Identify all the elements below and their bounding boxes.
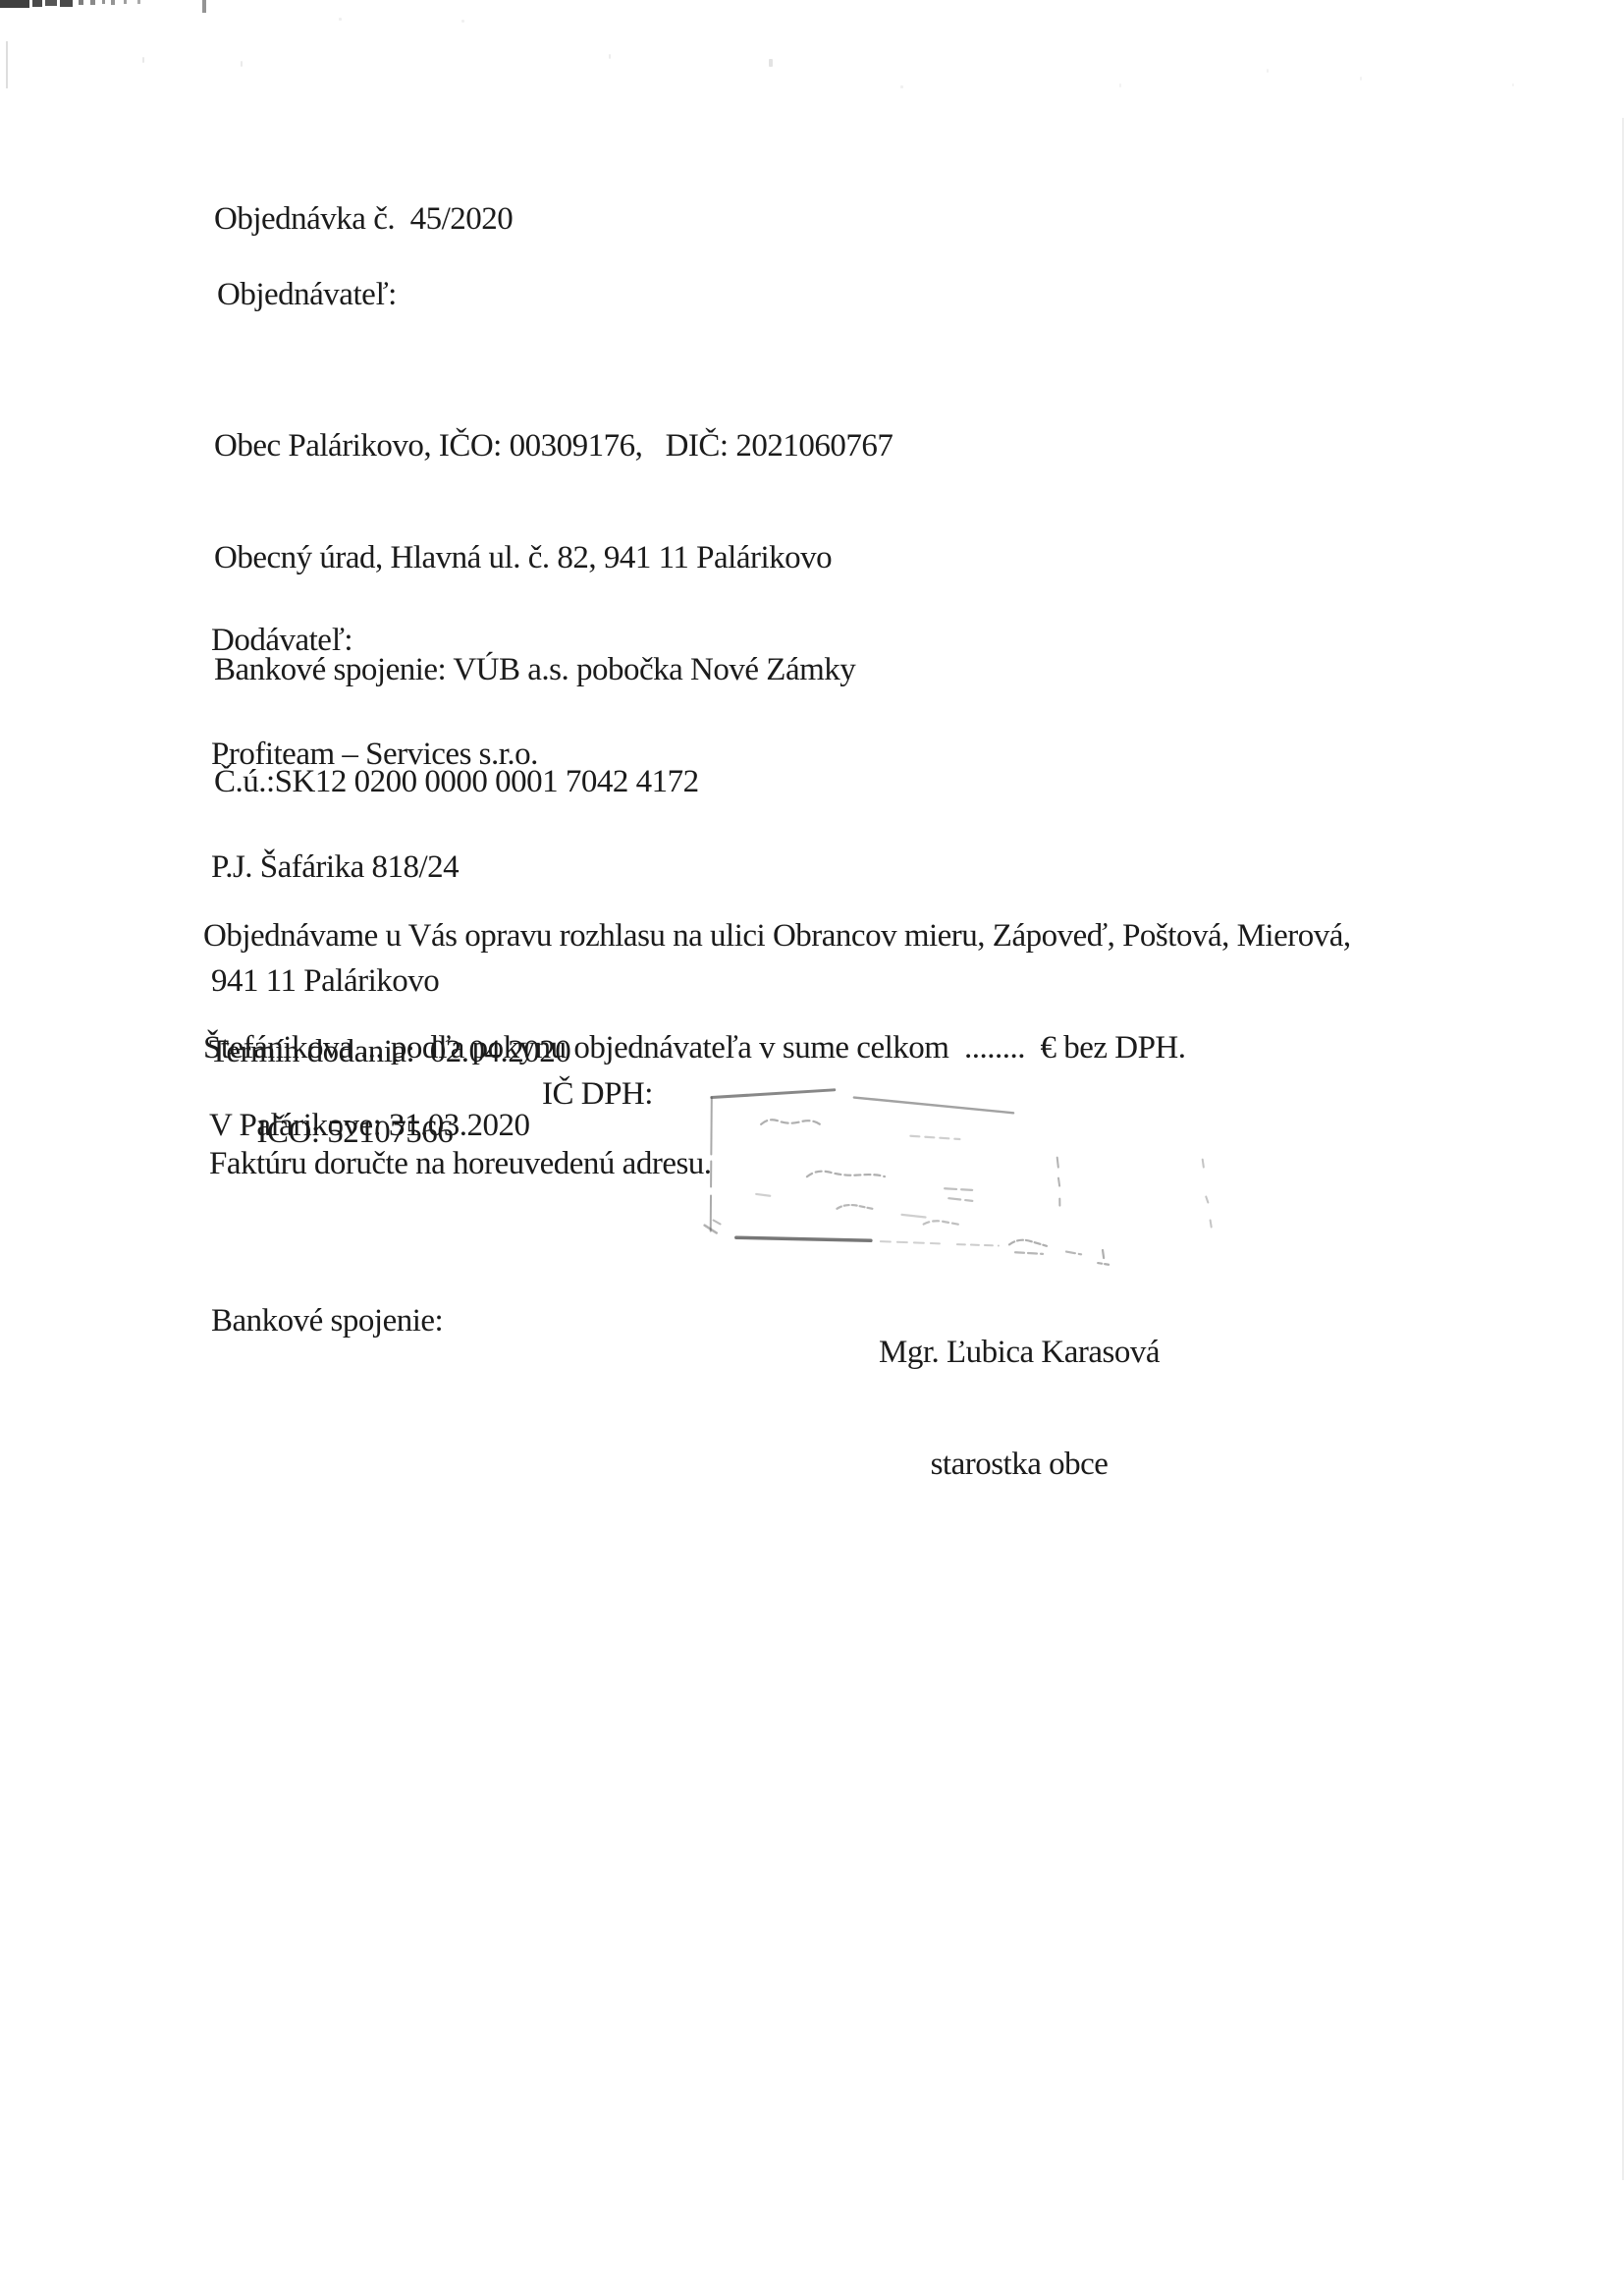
signature-block: Mgr. Ľubica Karasová starostka obce bbox=[823, 1259, 1216, 1558]
supplier-bank-label: Bankové spojenie: bbox=[211, 1302, 538, 1340]
supplier-heading: Dodávateľ: bbox=[211, 622, 538, 660]
place-date-line: V Palárikove: 31.03.2020 bbox=[209, 1107, 530, 1144]
signatory-role: starostka obce bbox=[823, 1446, 1216, 1483]
ink-stamp bbox=[686, 1074, 1239, 1284]
scanned-order-document: Objednávka č. 45/2020 Objednávateľ: Obec… bbox=[0, 0, 1624, 2296]
customer-line: Obec Palárikovo, IČO: 00309176, DIČ: 202… bbox=[214, 427, 893, 465]
delivery-date-line: Termín dodania: 02.04.2020 bbox=[209, 1033, 712, 1070]
stamp-illegible-text bbox=[755, 1115, 1110, 1269]
order-body-line: Objednávame u Vás opravu rozhlasu na uli… bbox=[203, 917, 1351, 955]
scan-artifact-left-edge bbox=[6, 41, 8, 88]
supplier-line: Profiteam – Services s.r.o. bbox=[211, 736, 538, 774]
invoice-note-line: Faktúru doručte na horeuvedenú adresu. bbox=[209, 1145, 712, 1182]
order-number-title: Objednávka č. 45/2020 bbox=[214, 200, 513, 238]
customer-heading: Objednávateľ: bbox=[217, 276, 397, 313]
signatory-name: Mgr. Ľubica Karasová bbox=[823, 1334, 1216, 1371]
